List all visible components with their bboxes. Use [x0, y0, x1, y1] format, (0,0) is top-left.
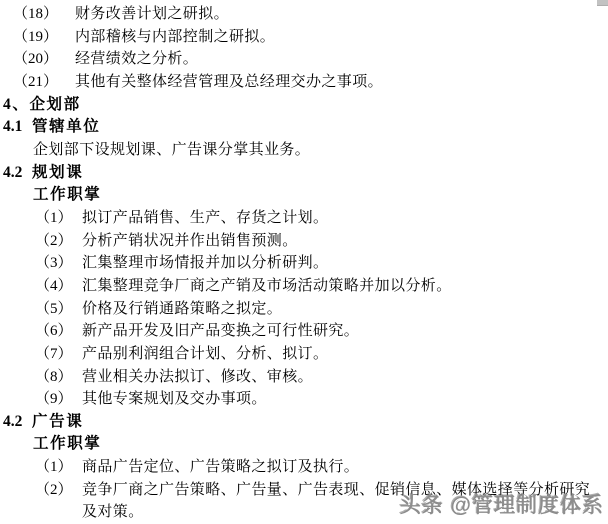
item-text: 拟订产品销售、生产、存货之计划。 [82, 207, 328, 230]
list-item: （5） 价格及行销通路策略之拟定。 [0, 298, 608, 321]
list-item: （1） 商品广告定位、广告策略之拟订及执行。 [0, 456, 608, 479]
list-item: （4） 汇集整理竞争厂商之产销及市场活动策略并加以分析。 [0, 275, 608, 298]
section-number: 4.1 [3, 116, 32, 139]
list-item: （8） 营业相关办法拟订、修改、审核。 [0, 366, 608, 389]
item-text: 其他有关整体经营管理及总经理交办之事项。 [75, 71, 383, 94]
section-title: 规划课 [32, 164, 83, 181]
item-number: （2） [35, 479, 82, 524]
scrollbar-fragment [597, 0, 608, 6]
section-number: 4.2 [3, 162, 32, 185]
item-number: （19） [13, 26, 75, 49]
item-text: 商品广告定位、广告策略之拟订及执行。 [82, 456, 359, 479]
section-title: 广告课 [32, 413, 83, 430]
section-heading: 4.1管辖单位 [0, 116, 608, 139]
item-text: 内部稽核与内部控制之研拟。 [75, 26, 275, 49]
item-text: 产品别利润组合计划、分析、拟订。 [82, 343, 328, 366]
item-number: （1） [35, 456, 82, 479]
body-paragraph: 企划部下设规划课、广告课分掌其业务。 [0, 139, 608, 162]
item-number: （1） [35, 207, 82, 230]
section-number: 4.2 [3, 411, 32, 434]
list-item: （19） 内部稽核与内部控制之研拟。 [0, 26, 608, 49]
duty-heading: 工作职掌 [0, 184, 608, 207]
section-heading: 4.2规划课 [0, 162, 608, 185]
item-number: （7） [35, 343, 82, 366]
duty-heading: 工作职掌 [0, 433, 608, 456]
item-text: 汇集整理竞争厂商之产销及市场活动策略并加以分析。 [82, 275, 452, 298]
list-item: （18） 财务改善计划之研拟。 [0, 3, 608, 26]
section-title: 管辖单位 [32, 118, 100, 135]
item-text: 其他专案规划及交办事项。 [82, 388, 267, 411]
item-number: （8） [35, 366, 82, 389]
item-number: （3） [35, 252, 82, 275]
item-text: 分析产销状况并作出销售预测。 [82, 230, 298, 253]
document-page: （18） 财务改善计划之研拟。 （19） 内部稽核与内部控制之研拟。 （20） … [0, 0, 608, 524]
item-text: 新产品开发及旧产品变换之可行性研究。 [82, 320, 359, 343]
item-text: 财务改善计划之研拟。 [75, 3, 229, 26]
list-item: （1） 拟订产品销售、生产、存货之计划。 [0, 207, 608, 230]
item-text: 价格及行销通路策略之拟定。 [82, 298, 282, 321]
item-number: （5） [35, 298, 82, 321]
list-item: （9） 其他专案规划及交办事项。 [0, 388, 608, 411]
dept-heading: 4、企划部 [0, 94, 608, 117]
list-item: （3） 汇集整理市场情报并加以分析研判。 [0, 252, 608, 275]
item-number: （18） [13, 3, 75, 26]
item-text: 营业相关办法拟订、修改、审核。 [82, 366, 313, 389]
item-number: （21） [13, 71, 75, 94]
list-item: （6） 新产品开发及旧产品变换之可行性研究。 [0, 320, 608, 343]
item-number: （6） [35, 320, 82, 343]
list-item: （2） 分析产销状况并作出销售预测。 [0, 230, 608, 253]
list-item: （7） 产品别利润组合计划、分析、拟订。 [0, 343, 608, 366]
item-number: （9） [35, 388, 82, 411]
item-text: 经营绩效之分析。 [75, 48, 198, 71]
list-item: （20） 经营绩效之分析。 [0, 48, 608, 71]
list-item: （21） 其他有关整体经营管理及总经理交办之事项。 [0, 71, 608, 94]
item-number: （4） [35, 275, 82, 298]
watermark: 头条 @管理制度体系 [400, 489, 604, 519]
section-heading: 4.2广告课 [0, 411, 608, 434]
item-number: （20） [13, 48, 75, 71]
item-text: 汇集整理市场情报并加以分析研判。 [82, 252, 328, 275]
item-number: （2） [35, 230, 82, 253]
